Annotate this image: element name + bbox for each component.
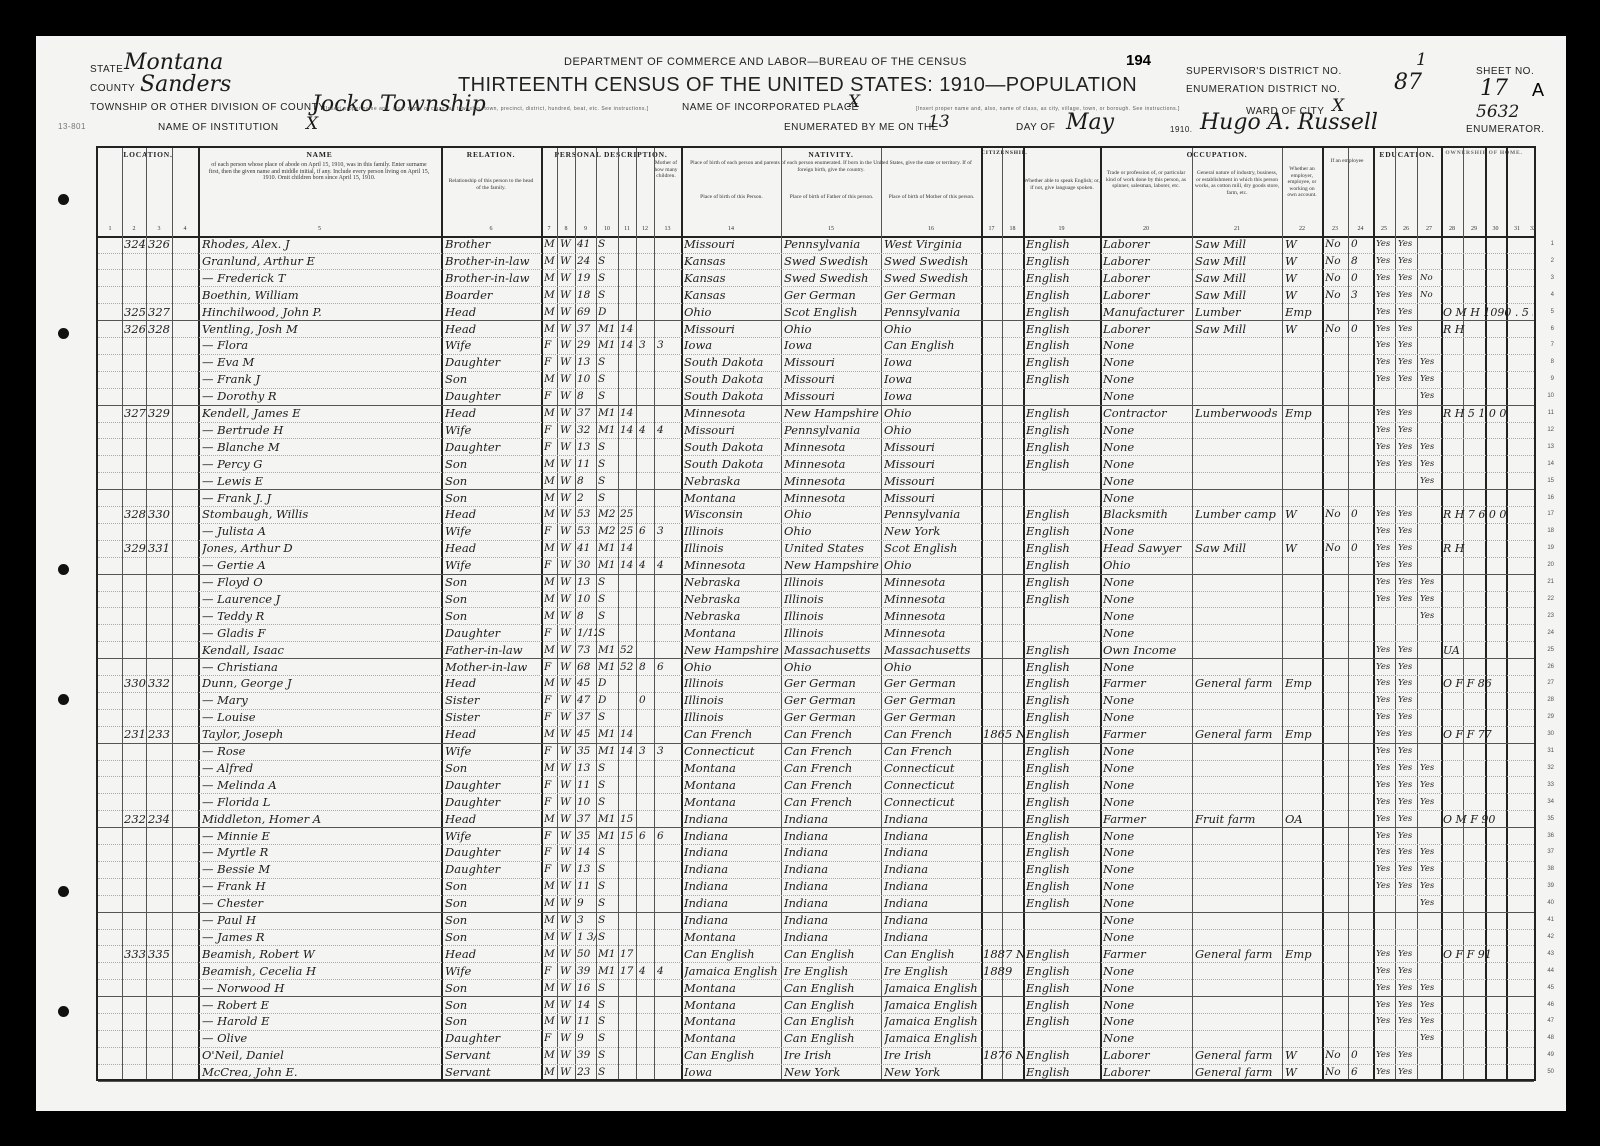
trade: Manufacturer (1103, 304, 1191, 320)
can-write (1398, 929, 1418, 945)
name-description: of each person whose place of abode on A… (206, 162, 432, 182)
table-row: — LouiseSisterFW37SIllinoisGer GermanGer… (98, 709, 1534, 727)
birthplace-father: Indiana (784, 929, 880, 945)
trade: None (1103, 422, 1191, 438)
attended-school (1420, 709, 1440, 725)
language: English (1026, 844, 1098, 860)
can-read: Yes (1376, 692, 1396, 708)
children-born: 4 (639, 963, 653, 979)
attended-school (1420, 405, 1440, 421)
race: W (560, 236, 574, 252)
relationship: Servant (445, 1064, 539, 1080)
birthplace-mother: Ger German (884, 709, 980, 725)
immigration-year (983, 642, 1023, 658)
birthplace-father: Illinois (784, 625, 880, 641)
person-name: — Frederick T (202, 270, 440, 286)
employment-class: W (1285, 1047, 1321, 1063)
birthplace-mother: Jamaica English (884, 997, 980, 1013)
weeks-out (1351, 473, 1371, 489)
person-name: — Olive (202, 1030, 440, 1046)
can-write (1398, 608, 1418, 624)
line-number: 28 (1547, 692, 1554, 708)
line-number: 36 (1547, 828, 1554, 844)
birthplace-father: Ohio (784, 321, 880, 337)
weeks-out (1351, 354, 1371, 370)
years-married (620, 270, 636, 286)
dwelling-number: 328 (124, 506, 148, 522)
out-of-work (1325, 997, 1347, 1013)
table-row: — RoseWifeFW35M11433ConnecticutCan Frenc… (98, 743, 1534, 761)
years-married (620, 287, 636, 303)
attended-school (1420, 963, 1440, 979)
relationship: Daughter (445, 439, 539, 455)
children-living: 4 (657, 963, 679, 979)
c13-label: Place of birth of Father of this person. (784, 194, 879, 201)
employment-class: Emp (1285, 304, 1321, 320)
industry (1195, 574, 1281, 590)
marital-status: S (598, 997, 618, 1013)
table-header: LOCATION. NAME of each person whose plac… (98, 148, 1534, 238)
language: English (1026, 321, 1098, 337)
years-married: 14 (620, 405, 636, 421)
race: W (560, 659, 574, 675)
race: W (560, 625, 574, 641)
incorporated-value: X (848, 92, 860, 112)
person-name: — Mary (202, 692, 440, 708)
line-number: 4 (1551, 287, 1554, 303)
children-living (657, 354, 679, 370)
marital-status: S (598, 473, 618, 489)
birthplace-mother: Jamaica English (884, 1030, 980, 1046)
language: English (1026, 371, 1098, 387)
table-row: — Teddy RSonMW8SNebraskaIllinoisMinnesot… (98, 608, 1534, 626)
line-number: 42 (1547, 929, 1554, 945)
can-write: Yes (1398, 861, 1418, 877)
language: English (1026, 997, 1098, 1013)
birthplace-mother: Can English (884, 946, 980, 962)
employment-class: W (1285, 270, 1321, 286)
race: W (560, 675, 574, 691)
industry (1195, 354, 1281, 370)
birthplace-father: Minnesota (784, 439, 880, 455)
relationship: Head (445, 726, 539, 742)
age: 18 (577, 287, 597, 303)
table-row: — Frank JSonMW10SSouth DakotaMissouriIow… (98, 371, 1534, 389)
immigration-year (983, 912, 1023, 928)
years-married (620, 675, 636, 691)
race: W (560, 321, 574, 337)
can-read (1376, 473, 1396, 489)
table-row: — Paul HSonMW3SIndianaIndianaIndianaNone… (98, 912, 1534, 930)
family-number (148, 828, 172, 844)
years-married (620, 895, 636, 911)
sex: M (544, 456, 558, 472)
column-number: 11 (618, 226, 636, 232)
children-born (639, 490, 653, 506)
family-number (148, 490, 172, 506)
can-write: Yes (1398, 726, 1418, 742)
children-living (657, 439, 679, 455)
family-number (148, 997, 172, 1013)
line-number: 8 (1551, 354, 1554, 370)
children-living (657, 675, 679, 691)
trade: Contractor (1103, 405, 1191, 421)
family-number (148, 371, 172, 387)
trade: None (1103, 844, 1191, 860)
person-name: Granlund, Arthur E (202, 253, 440, 269)
relationship: Sister (445, 709, 539, 725)
column-number: 22 (1282, 226, 1322, 232)
table-row: 232234Middleton, Homer AHeadMW37M115Indi… (98, 811, 1534, 829)
birthplace-mother: Can French (884, 743, 980, 759)
family-number (148, 929, 172, 945)
sex: M (544, 675, 558, 691)
family-number (148, 642, 172, 658)
home-ownership (1443, 625, 1533, 641)
sex: M (544, 895, 558, 911)
sex: M (544, 321, 558, 337)
race: W (560, 1047, 574, 1063)
home-ownership: R H 7 6 0 0 (1443, 506, 1533, 522)
can-read (1376, 929, 1396, 945)
race: W (560, 337, 574, 353)
birthplace-father: Pennsylvania (784, 422, 880, 438)
birthplace-father: Ger German (784, 287, 880, 303)
birthplace-mother: New York (884, 523, 980, 539)
children-living (657, 760, 679, 776)
table-row: 328330Stombaugh, WillisHeadMW53M225Wisco… (98, 506, 1534, 524)
relationship: Wife (445, 523, 539, 539)
trade: Ohio (1103, 557, 1191, 573)
group-education: EDUCATION. (1373, 150, 1441, 159)
birthplace-person: Indiana (684, 844, 780, 860)
years-married (620, 929, 636, 945)
birthplace-mother: Connecticut (884, 777, 980, 793)
family-number (148, 861, 172, 877)
out-of-work (1325, 692, 1347, 708)
attended-school (1420, 726, 1440, 742)
incorporated-note: [Insert proper name and, also, name of c… (916, 106, 1180, 112)
dwelling-number (124, 523, 148, 539)
immigration-year (983, 625, 1023, 641)
children-born: 6 (639, 828, 653, 844)
dwelling-number (124, 878, 148, 894)
line-number: 10 (1547, 388, 1554, 404)
trade: None (1103, 523, 1191, 539)
sex: F (544, 388, 558, 404)
employment-class: Emp (1285, 726, 1321, 742)
marital-status: S (598, 253, 618, 269)
language (1026, 625, 1098, 641)
sex: M (544, 490, 558, 506)
trade: None (1103, 709, 1191, 725)
out-of-work (1325, 844, 1347, 860)
can-read: Yes (1376, 540, 1396, 556)
children-living (657, 794, 679, 810)
family-number (148, 625, 172, 641)
column-number: 7 (541, 226, 557, 232)
weeks-out: 0 (1351, 270, 1371, 286)
home-ownership (1443, 878, 1533, 894)
can-read (1376, 1030, 1396, 1046)
children-born (639, 895, 653, 911)
industry (1195, 1013, 1281, 1029)
attended-school: Yes (1420, 777, 1440, 793)
relationship: Daughter (445, 777, 539, 793)
group-nativity: NATIVITY. (681, 150, 981, 159)
age: 13 (577, 861, 597, 877)
children-born (639, 304, 653, 320)
birthplace-person: Kansas (684, 270, 780, 286)
employment-class (1285, 963, 1321, 979)
children-living (657, 473, 679, 489)
out-of-work (1325, 388, 1347, 404)
table-row: 333335Beamish, Robert WHeadMW50M117Can E… (98, 946, 1534, 964)
immigration-year (983, 270, 1023, 286)
children-born: 8 (639, 659, 653, 675)
out-of-work: No (1325, 540, 1347, 556)
immigration-year (983, 844, 1023, 860)
industry: General farm (1195, 1047, 1281, 1063)
table-row: — MarySisterFW47D0IllinoisGer GermanGer … (98, 692, 1534, 710)
attended-school (1420, 692, 1440, 708)
can-read: Yes (1376, 456, 1396, 472)
trade: None (1103, 473, 1191, 489)
years-married (620, 794, 636, 810)
sex: F (544, 844, 558, 860)
children-born (639, 878, 653, 894)
weeks-out (1351, 743, 1371, 759)
marital-status: S (598, 709, 618, 725)
person-name: — Bertrude H (202, 422, 440, 438)
marital-status: S (598, 760, 618, 776)
immigration-year: 1876 Na (983, 1047, 1023, 1063)
weeks-out: 0 (1351, 321, 1371, 337)
column-number: 18 (1002, 226, 1023, 232)
table-row: 330332Dunn, George JHeadMW45DIllinoisGer… (98, 675, 1534, 693)
marital-status: M1 (598, 828, 618, 844)
language (1026, 388, 1098, 404)
language: English (1026, 675, 1098, 691)
person-name: — Flora (202, 337, 440, 353)
column-number: 1 (98, 226, 122, 232)
trade: None (1103, 456, 1191, 472)
birthplace-person: Minnesota (684, 405, 780, 421)
race: W (560, 422, 574, 438)
column-number: 6 (441, 226, 541, 232)
language: English (1026, 895, 1098, 911)
weeks-out (1351, 895, 1371, 911)
years-married (620, 997, 636, 1013)
language (1026, 929, 1098, 945)
years-married: 14 (620, 540, 636, 556)
employer-description: Whether an employer, employee, or workin… (1284, 166, 1320, 199)
children-living: 3 (657, 337, 679, 353)
language: English (1026, 794, 1098, 810)
birthplace-mother: Minnesota (884, 574, 980, 590)
family-number (148, 844, 172, 860)
family-number: 330 (148, 506, 172, 522)
line-number: 41 (1547, 912, 1554, 928)
children-born (639, 608, 653, 624)
can-write: Yes (1398, 422, 1418, 438)
out-of-work (1325, 456, 1347, 472)
age: 19 (577, 270, 597, 286)
years-married: 52 (620, 659, 636, 675)
weeks-out (1351, 405, 1371, 421)
race: W (560, 405, 574, 421)
children-born (639, 1064, 653, 1080)
dwelling-number (124, 980, 148, 996)
relationship: Son (445, 895, 539, 911)
sex: M (544, 506, 558, 522)
race: W (560, 963, 574, 979)
age: 37 (577, 321, 597, 337)
age: 8 (577, 473, 597, 489)
employment-class (1285, 912, 1321, 928)
supervisor-district: 1 (1416, 50, 1427, 70)
dwelling-number (124, 659, 148, 675)
can-write: Yes (1398, 811, 1418, 827)
children-born (639, 540, 653, 556)
dwelling-number (124, 354, 148, 370)
weeks-out (1351, 1013, 1371, 1029)
age: 32 (577, 422, 597, 438)
industry (1195, 980, 1281, 996)
home-ownership (1443, 490, 1533, 506)
person-name: Kendall, Isaac (202, 642, 440, 658)
immigration-year (983, 574, 1023, 590)
can-write: Yes (1398, 236, 1418, 252)
attended-school (1420, 557, 1440, 573)
table-row: — Harold ESonMW11SMontanaCan EnglishJama… (98, 1013, 1534, 1031)
age: 37 (577, 709, 597, 725)
language: English (1026, 287, 1098, 303)
immigration-year (983, 405, 1023, 421)
home-ownership (1443, 287, 1533, 303)
birthplace-father: Minnesota (784, 473, 880, 489)
industry (1195, 997, 1281, 1013)
relationship: Wife (445, 557, 539, 573)
census-table: LOCATION. NAME of each person whose plac… (96, 146, 1536, 1081)
race: W (560, 828, 574, 844)
weeks-out: 0 (1351, 540, 1371, 556)
children-born (639, 997, 653, 1013)
industry: Saw Mill (1195, 321, 1281, 337)
home-ownership: O F F 86 (1443, 675, 1533, 691)
trade: None (1103, 371, 1191, 387)
birthplace-father: Ohio (784, 523, 880, 539)
dwelling-number: 232 (124, 811, 148, 827)
can-read: Yes (1376, 642, 1396, 658)
relationship: Son (445, 574, 539, 590)
children-born (639, 642, 653, 658)
can-read: Yes (1376, 270, 1396, 286)
employment-class: W (1285, 287, 1321, 303)
can-read: Yes (1376, 828, 1396, 844)
birthplace-father: Can English (784, 980, 880, 996)
person-name: — Louise (202, 709, 440, 725)
employment-class: W (1285, 506, 1321, 522)
family-number (148, 270, 172, 286)
children-born (639, 861, 653, 877)
person-name: Boethin, William (202, 287, 440, 303)
dwelling-number (124, 760, 148, 776)
can-write: Yes (1398, 304, 1418, 320)
can-read: Yes (1376, 371, 1396, 387)
trade: None (1103, 591, 1191, 607)
children-living (657, 726, 679, 742)
language: English (1026, 337, 1098, 353)
immigration-year (983, 540, 1023, 556)
dwelling-number (124, 794, 148, 810)
employment-class (1285, 642, 1321, 658)
age: 9 (577, 895, 597, 911)
person-name: Hinchilwood, John P. (202, 304, 440, 320)
age: 3 (577, 912, 597, 928)
trade: None (1103, 625, 1191, 641)
industry: Saw Mill (1195, 236, 1281, 252)
weeks-out (1351, 591, 1371, 607)
employment-class (1285, 422, 1321, 438)
sex: M (544, 287, 558, 303)
birthplace-father: Illinois (784, 608, 880, 624)
relation-description: Relationship of this person to the head … (448, 178, 534, 191)
relationship: Daughter (445, 1030, 539, 1046)
can-write (1398, 388, 1418, 404)
group-name: NAME (198, 150, 441, 159)
home-ownership (1443, 692, 1533, 708)
table-row: — Percy GSonMW11SSouth DakotaMinnesotaMi… (98, 456, 1534, 474)
birthplace-person: Illinois (684, 523, 780, 539)
birthplace-father: Can French (784, 760, 880, 776)
years-married: 15 (620, 828, 636, 844)
years-married: 14 (620, 321, 636, 337)
out-of-work (1325, 490, 1347, 506)
family-number (148, 709, 172, 725)
race: W (560, 540, 574, 556)
marital-status: M2 (598, 523, 618, 539)
race: W (560, 1013, 574, 1029)
can-write (1398, 473, 1418, 489)
race: W (560, 642, 574, 658)
person-name: McCrea, John E. (202, 1064, 440, 1080)
dwelling-number (124, 270, 148, 286)
table-row: — Myrtle RDaughterFW14SIndianaIndianaInd… (98, 844, 1534, 862)
years-married (620, 844, 636, 860)
birthplace-person: Montana (684, 625, 780, 641)
table-row: — Gertie AWifeFW30M11444MinnesotaNew Ham… (98, 557, 1534, 575)
employment-class: W (1285, 1064, 1321, 1080)
birthplace-mother: Scot English (884, 540, 980, 556)
trade: None (1103, 861, 1191, 877)
industry (1195, 337, 1281, 353)
weeks-out: 6 (1351, 1064, 1371, 1080)
out-of-work (1325, 608, 1347, 624)
home-ownership (1443, 422, 1533, 438)
immigration-year (983, 506, 1023, 522)
sex: M (544, 270, 558, 286)
table-row: — OliveDaughterFW9SMontanaCan EnglishJam… (98, 1030, 1534, 1048)
industry (1195, 692, 1281, 708)
relationship: Wife (445, 422, 539, 438)
birthplace-mother: Iowa (884, 371, 980, 387)
person-name: — Blanche M (202, 439, 440, 455)
children-born (639, 844, 653, 860)
birthplace-person: South Dakota (684, 439, 780, 455)
can-read: Yes (1376, 861, 1396, 877)
employment-class (1285, 371, 1321, 387)
